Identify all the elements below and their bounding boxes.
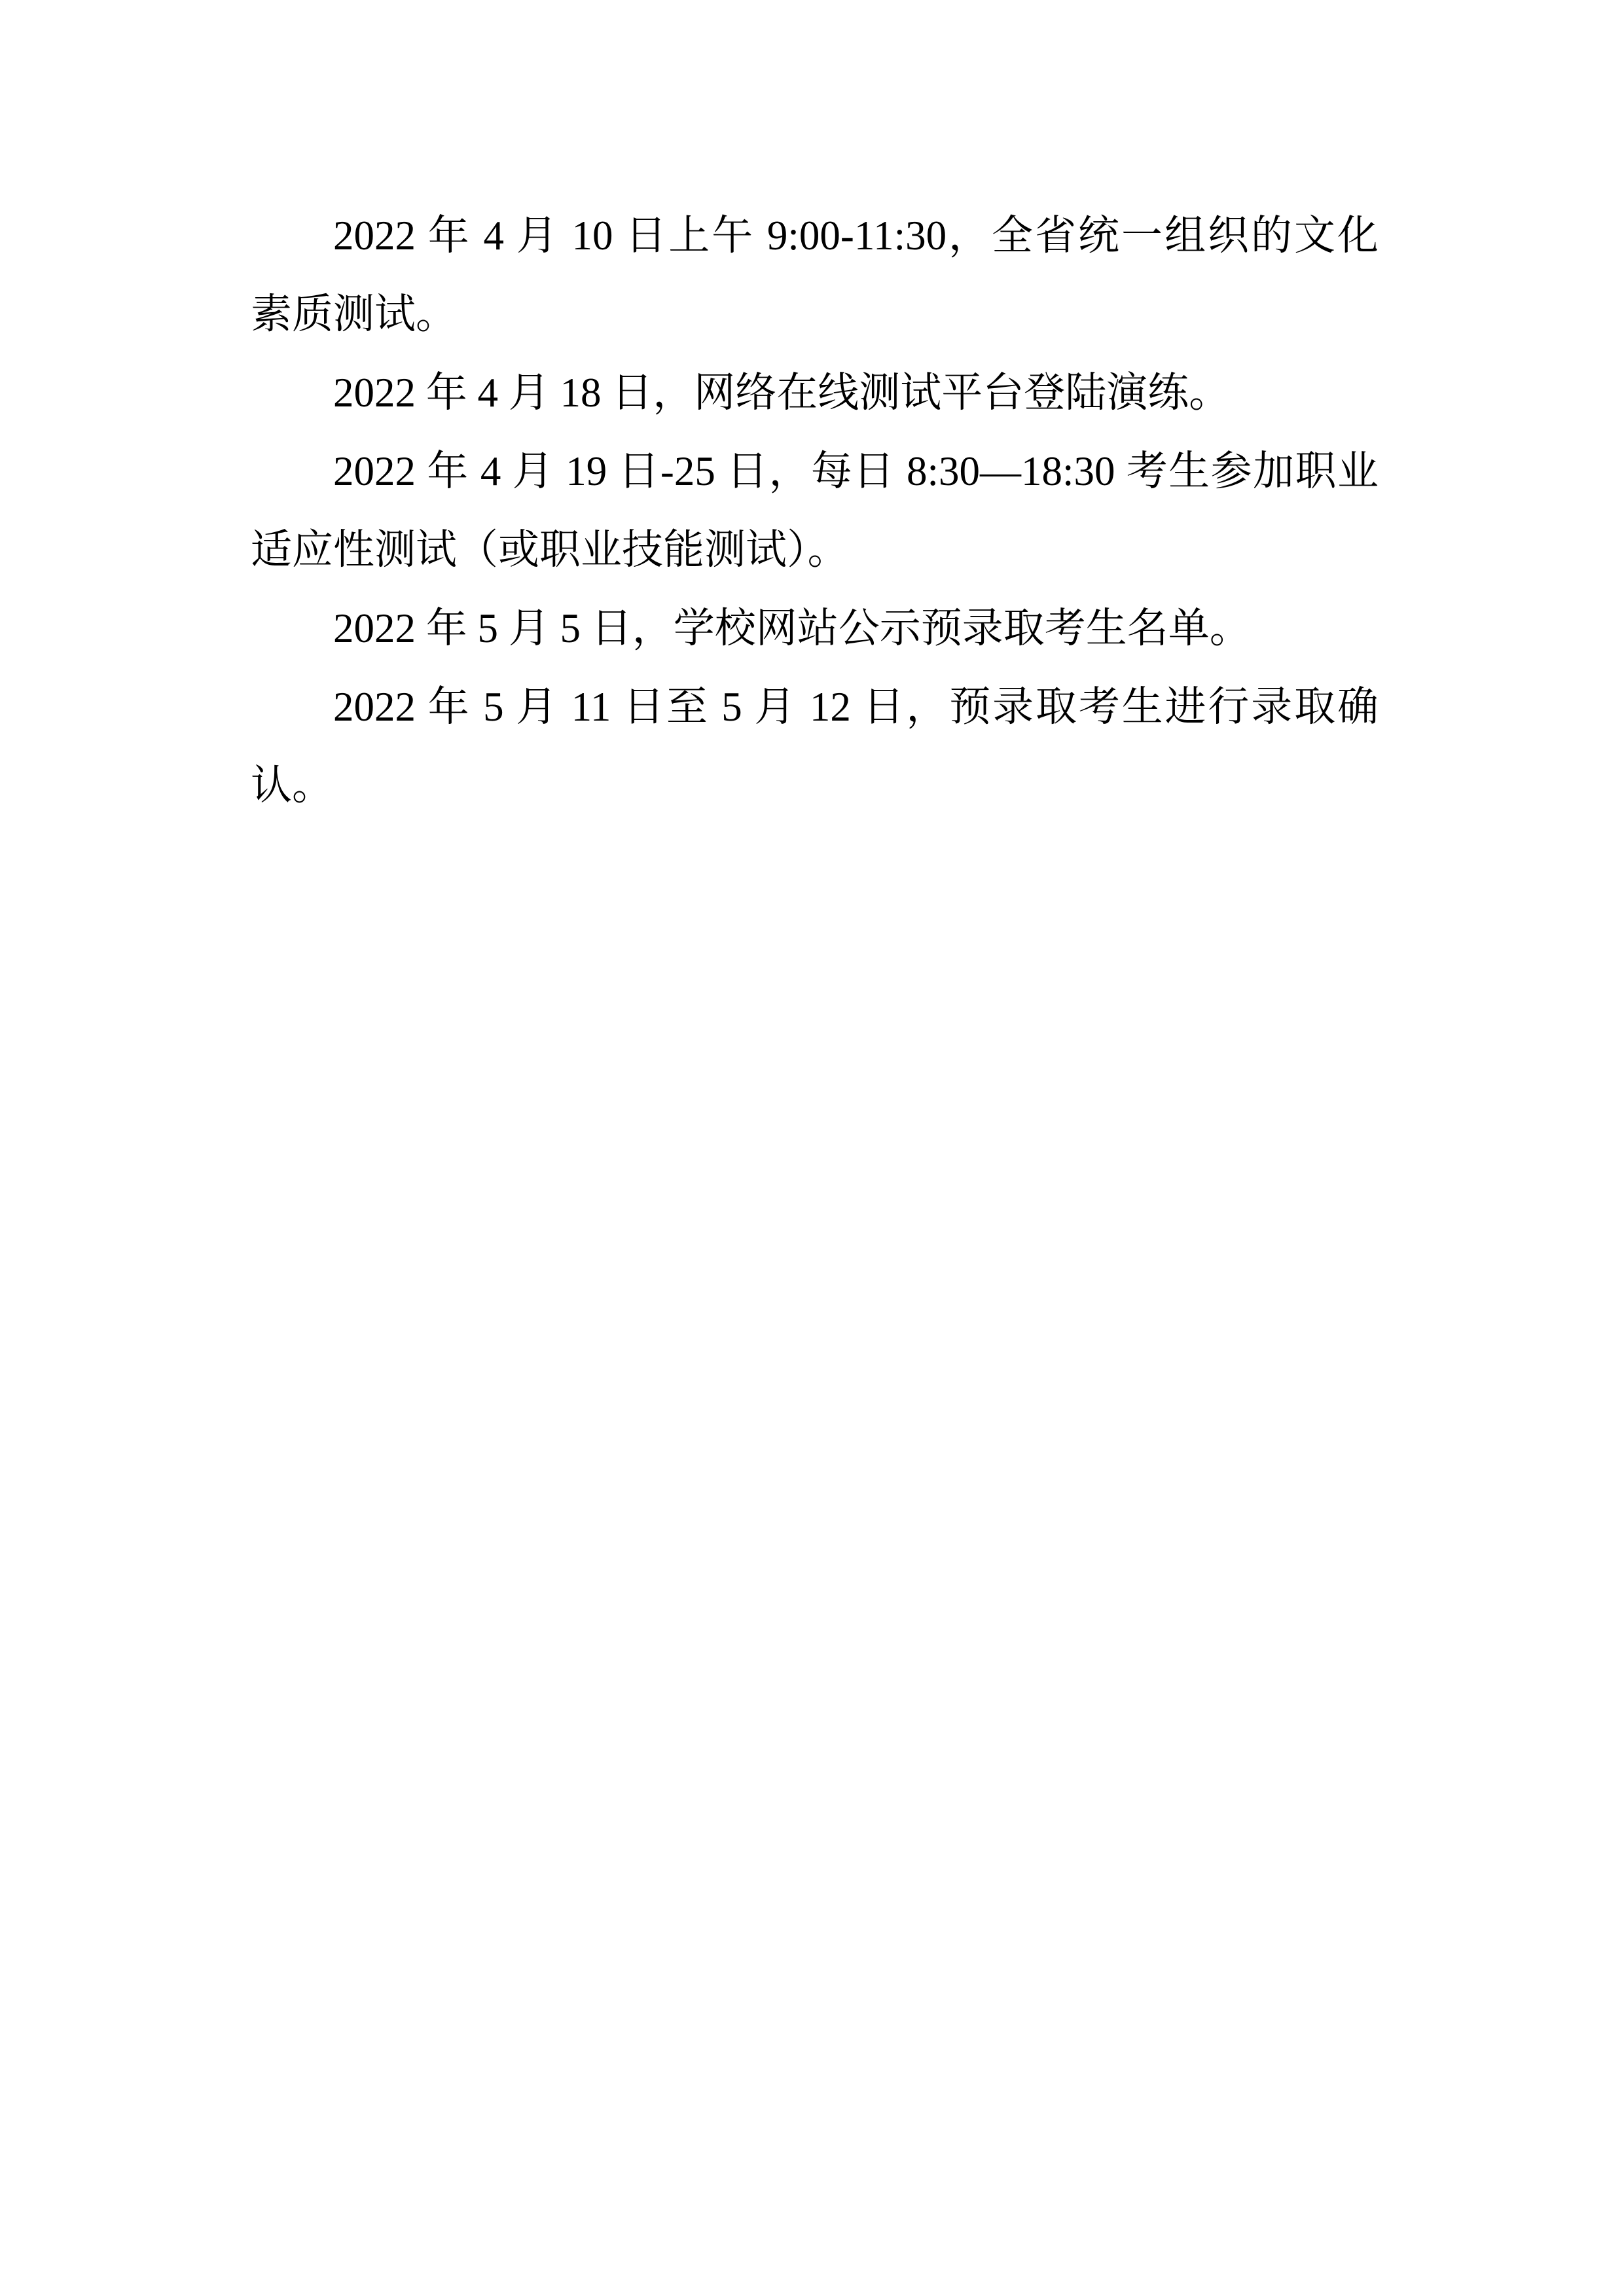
paragraph-line: 适应性测试（或职业技能测试）。 [251, 511, 1379, 589]
paragraph-line: 2022 年 5 月 11 日至 5 月 12 日，预录取考生进行录取确 [251, 668, 1379, 746]
document-page: 2022 年 4 月 10 日上午 9:00-11:30，全省统一组织的文化 素… [0, 0, 1624, 2296]
paragraph-line: 2022 年 5 月 5 日，学校网站公示预录取考生名单。 [251, 589, 1379, 668]
paragraph-line: 2022 年 4 月 19 日-25 日，每日 8:30—18:30 考生参加职… [251, 432, 1379, 511]
paragraph-schedule-admission-confirm: 2022 年 5 月 11 日至 5 月 12 日，预录取考生进行录取确 认。 [251, 668, 1379, 825]
paragraph-line: 2022 年 4 月 18 日，网络在线测试平台登陆演练。 [251, 353, 1379, 432]
paragraph-schedule-login-drill: 2022 年 4 月 18 日，网络在线测试平台登陆演练。 [251, 353, 1379, 432]
paragraph-schedule-culture-test: 2022 年 4 月 10 日上午 9:00-11:30，全省统一组织的文化 素… [251, 196, 1379, 353]
paragraph-schedule-preadmission-list: 2022 年 5 月 5 日，学校网站公示预录取考生名单。 [251, 589, 1379, 668]
paragraph-line: 素质测试。 [251, 275, 1379, 353]
document-body: 2022 年 4 月 10 日上午 9:00-11:30，全省统一组织的文化 素… [251, 196, 1379, 825]
paragraph-line: 2022 年 4 月 10 日上午 9:00-11:30，全省统一组织的文化 [251, 196, 1379, 275]
paragraph-line: 认。 [251, 746, 1379, 825]
paragraph-schedule-aptitude-test: 2022 年 4 月 19 日-25 日，每日 8:30—18:30 考生参加职… [251, 432, 1379, 589]
